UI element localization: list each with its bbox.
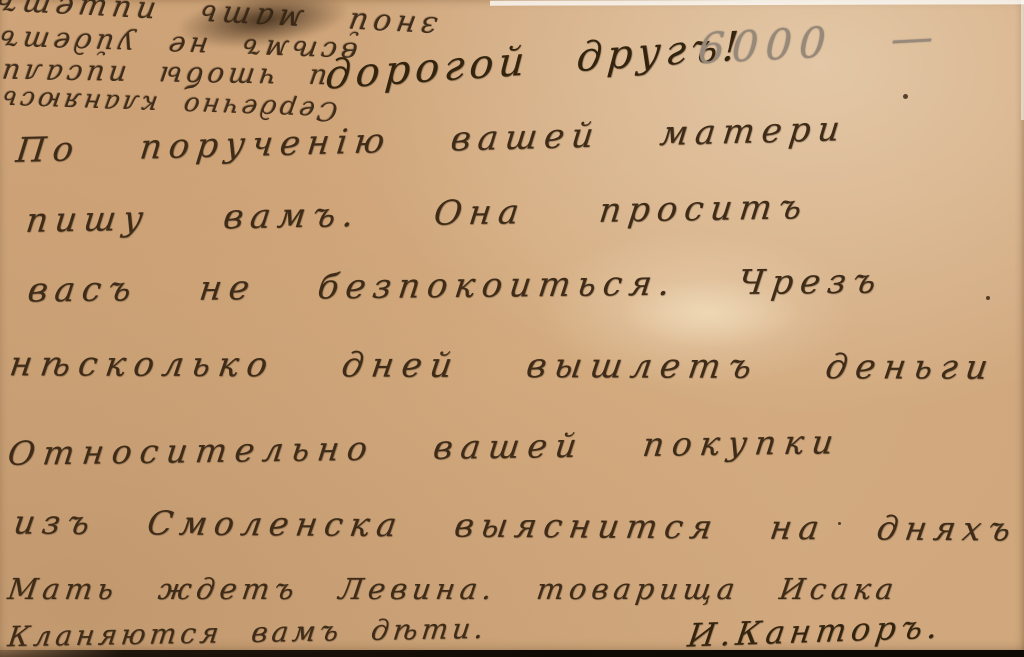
postcard-scan: зной мать пишетъ всѣмъ не уйдетъ и чтобы… (0, 0, 1024, 657)
pencil-price-annotation: 6000 — (697, 12, 941, 74)
handwriting-line-4: нѣсколько дней вышлетъ деньги (7, 344, 998, 387)
ink-speck (986, 296, 990, 300)
ink-speck (903, 94, 908, 99)
handwriting-line-8: Кланяются вамъ дѣти. (6, 612, 489, 653)
handwriting-line-7: Мать ждетъ Левина. товарища Исака (6, 572, 901, 606)
ink-speck (700, 205, 703, 208)
handwriting-line-6: изъ Смоленска выяснится на дняхъ (11, 503, 1020, 549)
ink-speck (838, 522, 841, 525)
handwriting-line-5: Относительно вашей покупки (6, 422, 844, 473)
handwriting-line-2: пишу вамъ. Она проситъ (24, 187, 811, 241)
signature: И.Канторъ. (685, 607, 945, 654)
scan-edge-top (490, 0, 1024, 6)
scan-edge-bottom (0, 650, 1024, 657)
